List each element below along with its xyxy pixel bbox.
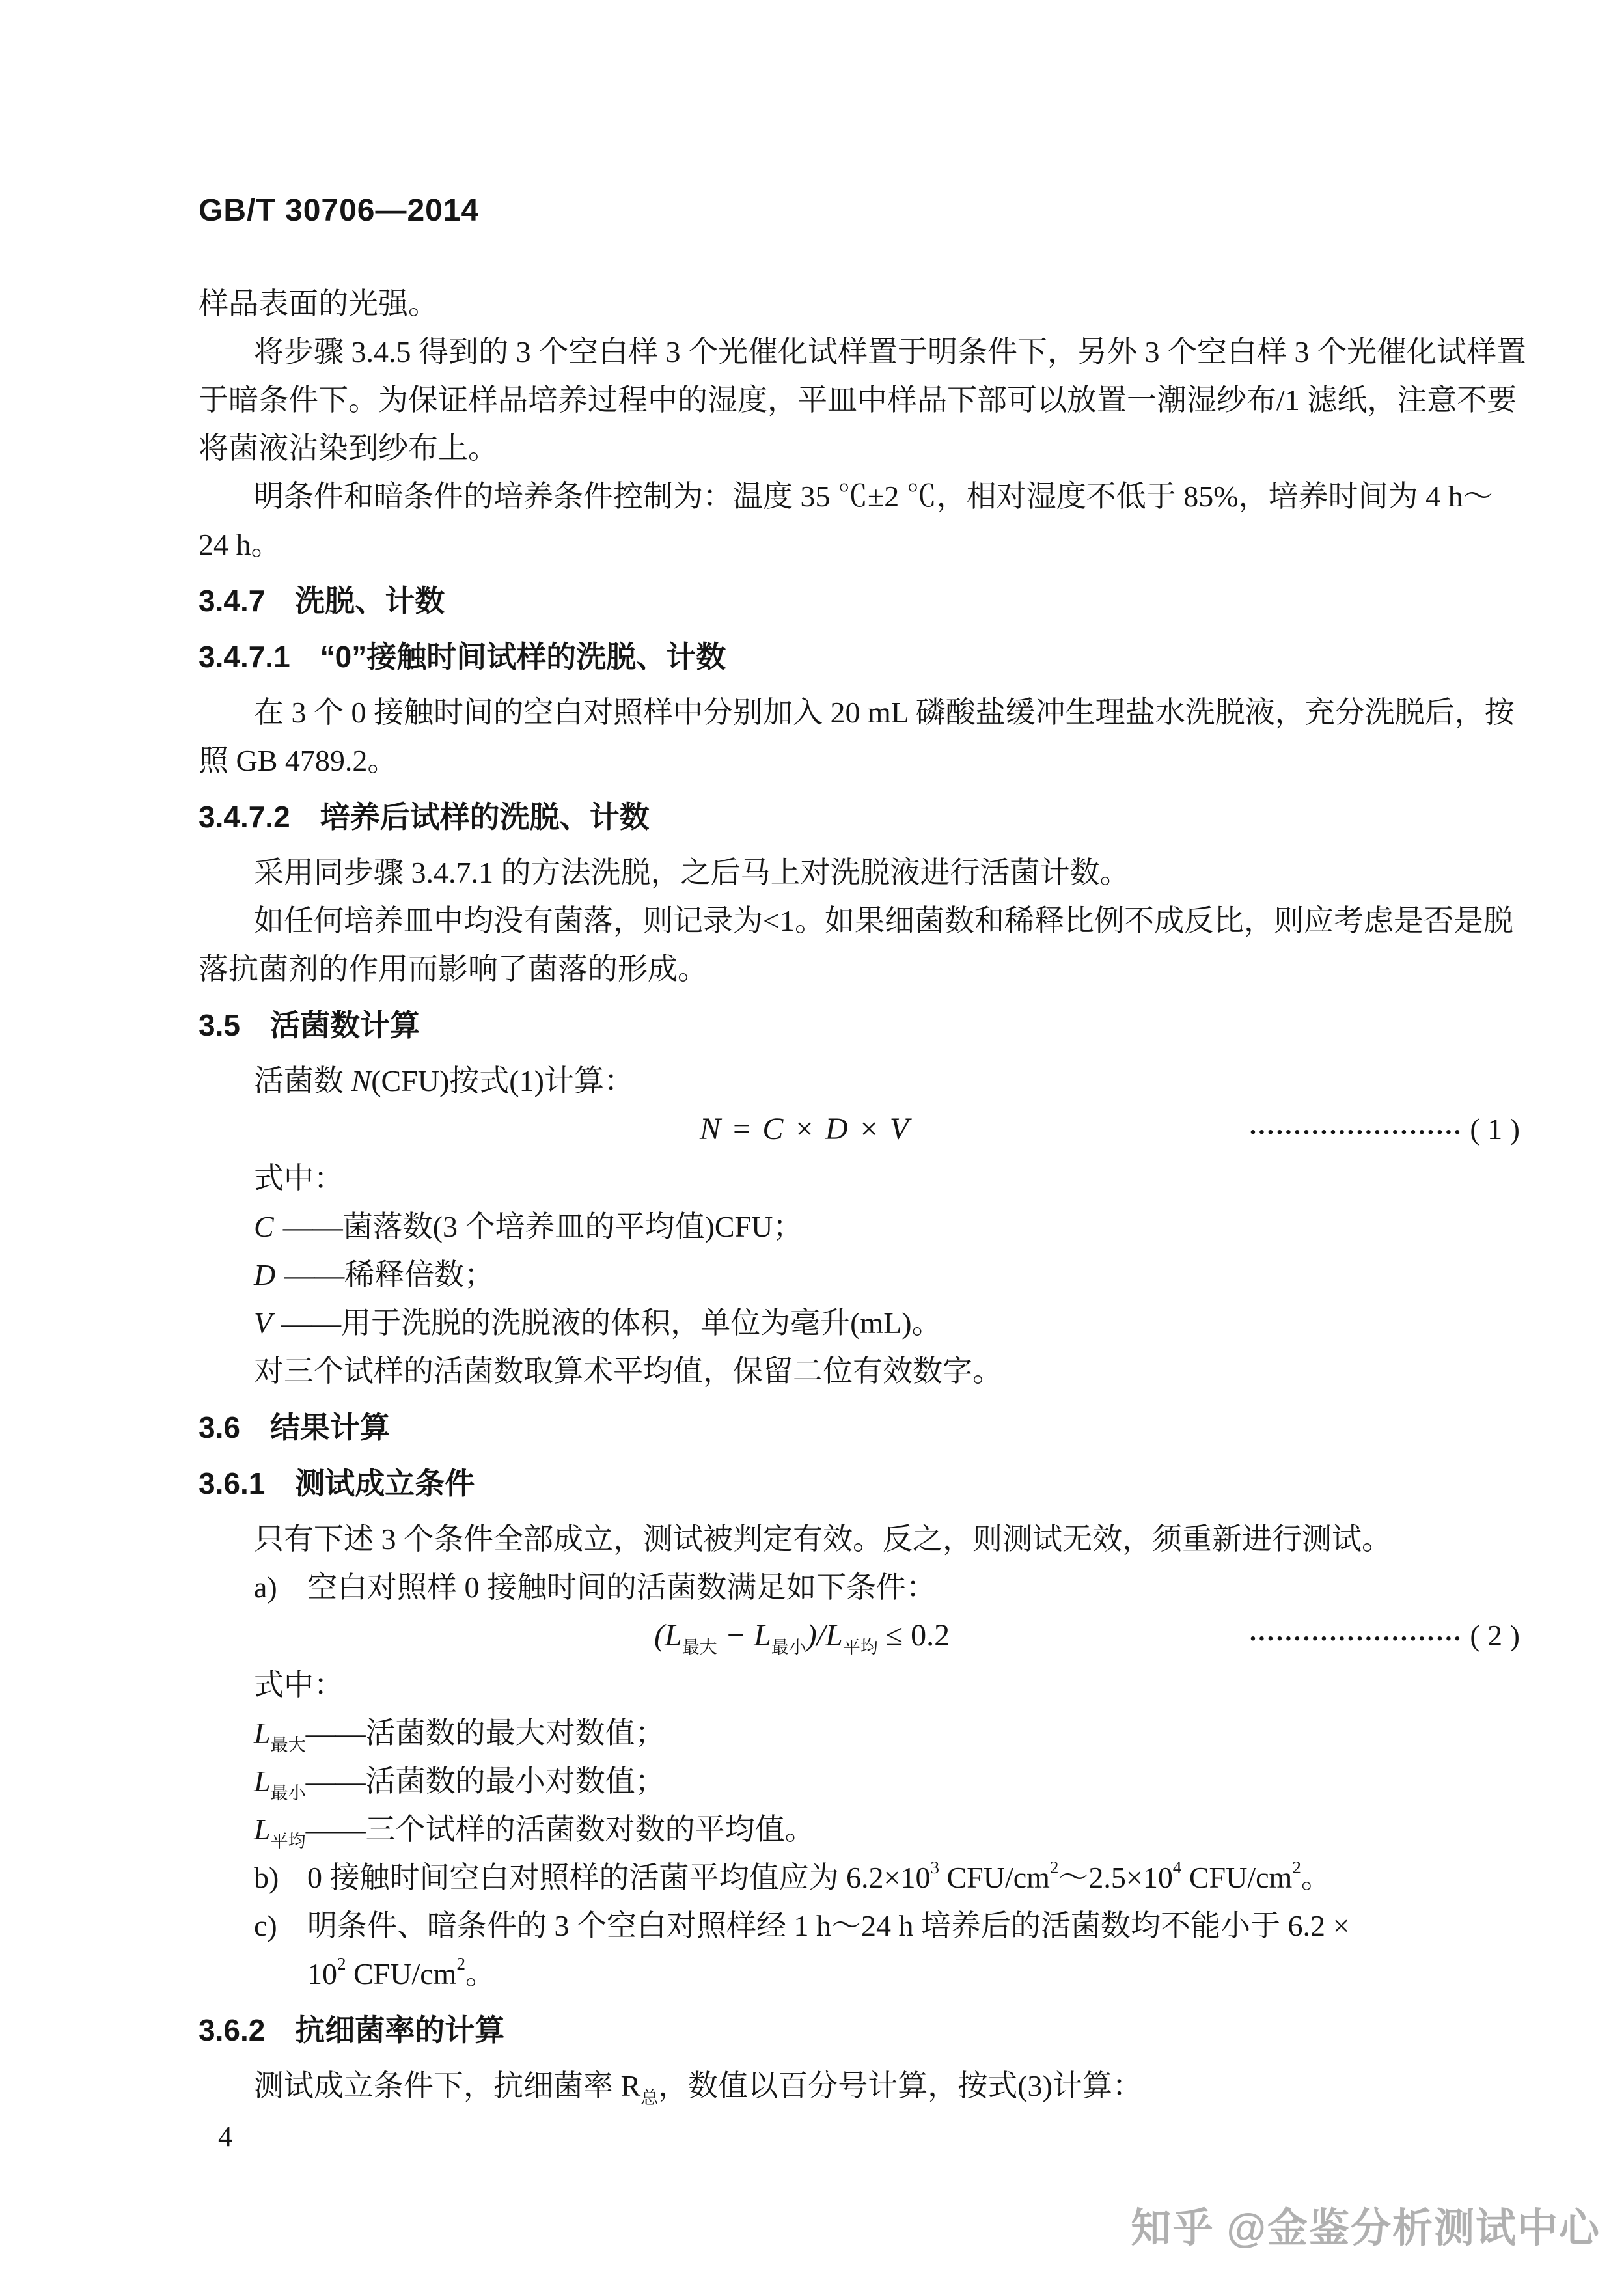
formula-1-number: ( 1 ) — [1470, 1105, 1520, 1153]
definition-term: L — [254, 1716, 271, 1750]
formula-1-expression: N = C × D × V — [700, 1105, 910, 1153]
definition-row: L最小——活菌数的最小对数值； — [199, 1757, 1520, 1806]
formula-2: (L最大 − L最小)/L平均 ≤ 0.2 …………………… ( 2 ) — [199, 1612, 1520, 1661]
list-text-part: 。 — [465, 1957, 495, 1990]
list-text-part: 。 — [1301, 1861, 1331, 1894]
definition-text: ——活菌数的最小对数值； — [306, 1765, 665, 1798]
definition-row: L最大——活菌数的最大对数值； — [199, 1709, 1520, 1757]
formula-2-leader-dots: …………………… — [1248, 1608, 1462, 1656]
superscript: 2 — [1050, 1858, 1059, 1877]
lead-text: (CFU)按式(1)计算： — [371, 1064, 634, 1097]
definition-text: ——三个试样的活菌数对数的平均值。 — [306, 1813, 815, 1846]
paragraph-line: 样品表面的光强。 — [199, 280, 1520, 328]
formula-2-subscript: 最小 — [771, 1638, 806, 1657]
paragraph-line: 照 GB 4789.2。 — [199, 737, 1520, 785]
formula-2-leader: …………………… ( 2 ) — [1248, 1612, 1520, 1661]
formula-1-leader: …………………… ( 1 ) — [1248, 1105, 1520, 1155]
page-content: GB/T 30706—2014 样品表面的光强。 将步骤 3.4.5 得到的 3… — [0, 0, 1624, 2161]
paragraph-line: 24 h。 — [199, 521, 1520, 569]
variable-N: N — [351, 1064, 372, 1097]
section-heading-3-6-1: 3.6.1 测试成立条件 — [199, 1459, 1520, 1507]
list-text-part: 10 — [307, 1957, 337, 1990]
formula-1: N = C × D × V …………………… ( 1 ) — [199, 1105, 1520, 1155]
paragraph-line: 测试成立条件下，抗细菌率 R总，数值以百分号计算，按式(3)计算： — [199, 2062, 1520, 2110]
lead-text: 测试成立条件下，抗细菌率 R — [254, 2069, 640, 2102]
list-text: 明条件、暗条件的 3 个空白对照样经 1 h～24 h 培养后的活菌数均不能小于… — [307, 1902, 1349, 1950]
paragraph-line: 落抗菌剂的作用而影响了菌落的形成。 — [199, 945, 1520, 993]
formula-2-subscript: 最大 — [682, 1638, 717, 1657]
variable-R-subscript: 总 — [640, 2088, 658, 2108]
watermark-text: 知乎 @金鉴分析测试中心 — [1131, 2195, 1601, 2253]
list-marker-c: c) — [254, 1902, 307, 1950]
definition-row: V——用于洗脱的洗脱液的体积，单位为毫升(mL)。 — [199, 1299, 1520, 1347]
formula-2-number: ( 2 ) — [1470, 1612, 1520, 1660]
section-heading-3-5: 3.5 活菌数计算 — [199, 1001, 1520, 1049]
formula-1-leader-dots: …………………… — [1248, 1101, 1462, 1149]
list-marker-a: a) — [254, 1563, 307, 1612]
paragraph-line: 在 3 个 0 接触时间的空白对照样中分别加入 20 mL 磷酸盐缓冲生理盐水洗… — [199, 689, 1520, 737]
paragraph-line: 于暗条件下。为保证样品培养过程中的湿度，平皿中样品下部可以放置一潮湿纱布/1 滤… — [199, 376, 1520, 424]
section-heading-3-4-7-1: 3.4.7.1 “0”接触时间试样的洗脱、计数 — [199, 633, 1520, 681]
paragraph-line: 将步骤 3.4.5 得到的 3 个空白样 3 个光催化试样置于明条件下，另外 3… — [199, 328, 1520, 376]
formula-2-subscript: 平均 — [843, 1638, 878, 1657]
list-item-c: c) 明条件、暗条件的 3 个空白对照样经 1 h～24 h 培养后的活菌数均不… — [199, 1902, 1520, 1950]
section-heading-3-6: 3.6 结果计算 — [199, 1403, 1520, 1451]
definition-text: ——菌落数(3 个培养皿的平均值)CFU； — [283, 1210, 803, 1243]
definition-term: L — [254, 1765, 271, 1798]
paragraph-line: 只有下述 3 个条件全部成立，测试被判定有效。反之，则测试无效，须重新进行测试。 — [199, 1515, 1520, 1563]
definition-text: ——用于洗脱的洗脱液的体积，单位为毫升(mL)。 — [281, 1306, 942, 1340]
formula-2-expression: (L最大 − L最小)/L平均 ≤ 0.2 — [654, 1612, 950, 1660]
list-item-b: b) 0 接触时间空白对照样的活菌平均值应为 6.2×103 CFU/cm2～2… — [199, 1854, 1520, 1902]
list-text-part: CFU/cm — [1181, 1861, 1292, 1894]
list-text: 0 接触时间空白对照样的活菌平均值应为 6.2×103 CFU/cm2～2.5×… — [307, 1854, 1331, 1902]
superscript: 3 — [930, 1858, 939, 1877]
definition-term-subscript: 平均 — [271, 1832, 306, 1851]
definition-text: ——稀释倍数； — [284, 1258, 494, 1291]
paragraph-line: 如任何培养皿中均没有菌落，则记录为<1。如果细菌数和稀释比例不成反比，则应考虑是… — [199, 897, 1520, 945]
section-heading-3-4-7: 3.4.7 洗脱、计数 — [199, 577, 1520, 625]
page-number: 4 — [218, 2113, 1520, 2161]
definition-term-subscript: 最大 — [271, 1735, 306, 1755]
formula-2-part: (L — [654, 1618, 682, 1653]
formula-2-part: )/L — [806, 1618, 843, 1653]
formula-2-part: ≤ 0.2 — [878, 1618, 950, 1653]
paragraph-line: 活菌数 N(CFU)按式(1)计算： — [199, 1057, 1520, 1105]
definition-term: V — [254, 1306, 272, 1340]
section-heading-3-4-7-2: 3.4.7.2 培养后试样的洗脱、计数 — [199, 793, 1520, 841]
list-item-a: a) 空白对照样 0 接触时间的活菌数满足如下条件： — [199, 1563, 1520, 1612]
definition-text: ——活菌数的最大对数值； — [306, 1716, 665, 1750]
paragraph-line: 将菌液沾染到纱布上。 — [199, 424, 1520, 473]
definition-term: L — [254, 1813, 271, 1846]
formula-2-part: − L — [717, 1618, 771, 1653]
paragraph-line: 采用同步骤 3.4.7.1 的方法洗脱，之后马上对洗脱液进行活菌计数。 — [199, 849, 1520, 897]
where-label: 式中： — [199, 1661, 1520, 1709]
definition-term: C — [254, 1210, 274, 1243]
superscript: 2 — [1292, 1858, 1301, 1877]
superscript: 2 — [456, 1954, 465, 1973]
list-text-part: CFU/cm — [346, 1957, 457, 1990]
definition-row: C——菌落数(3 个培养皿的平均值)CFU； — [199, 1203, 1520, 1251]
list-text-part: ～2.5×10 — [1058, 1861, 1172, 1894]
list-marker-b: b) — [254, 1854, 307, 1902]
section-heading-3-6-2: 3.6.2 抗细菌率的计算 — [199, 2006, 1520, 2054]
lead-text: 活菌数 — [254, 1064, 351, 1097]
paragraph-line: 明条件和暗条件的培养条件控制为：温度 35 ℃±2 ℃，相对湿度不低于 85%，… — [199, 473, 1520, 521]
list-text-part: CFU/cm — [939, 1861, 1050, 1894]
document-page: GB/T 30706—2014 样品表面的光强。 将步骤 3.4.5 得到的 3… — [0, 0, 1624, 2282]
superscript: 4 — [1173, 1858, 1182, 1877]
definition-term-subscript: 最小 — [271, 1783, 306, 1803]
running-header-standard-code: GB/T 30706—2014 — [199, 193, 1520, 229]
where-label: 式中： — [199, 1155, 1520, 1203]
definition-term: D — [254, 1258, 275, 1291]
definition-row: D——稀释倍数； — [199, 1251, 1520, 1299]
list-text: 空白对照样 0 接触时间的活菌数满足如下条件： — [307, 1563, 936, 1612]
superscript: 2 — [337, 1954, 346, 1973]
definition-row: L平均——三个试样的活菌数对数的平均值。 — [199, 1806, 1520, 1854]
lead-text: ，数值以百分号计算，按式(3)计算： — [658, 2069, 1142, 2102]
paragraph-line: 对三个试样的活菌数取算术平均值，保留二位有效数字。 — [199, 1347, 1520, 1395]
list-item-c-continuation: 102 CFU/cm2。 — [199, 1950, 1520, 1998]
list-text-part: 0 接触时间空白对照样的活菌平均值应为 6.2×10 — [307, 1861, 930, 1894]
